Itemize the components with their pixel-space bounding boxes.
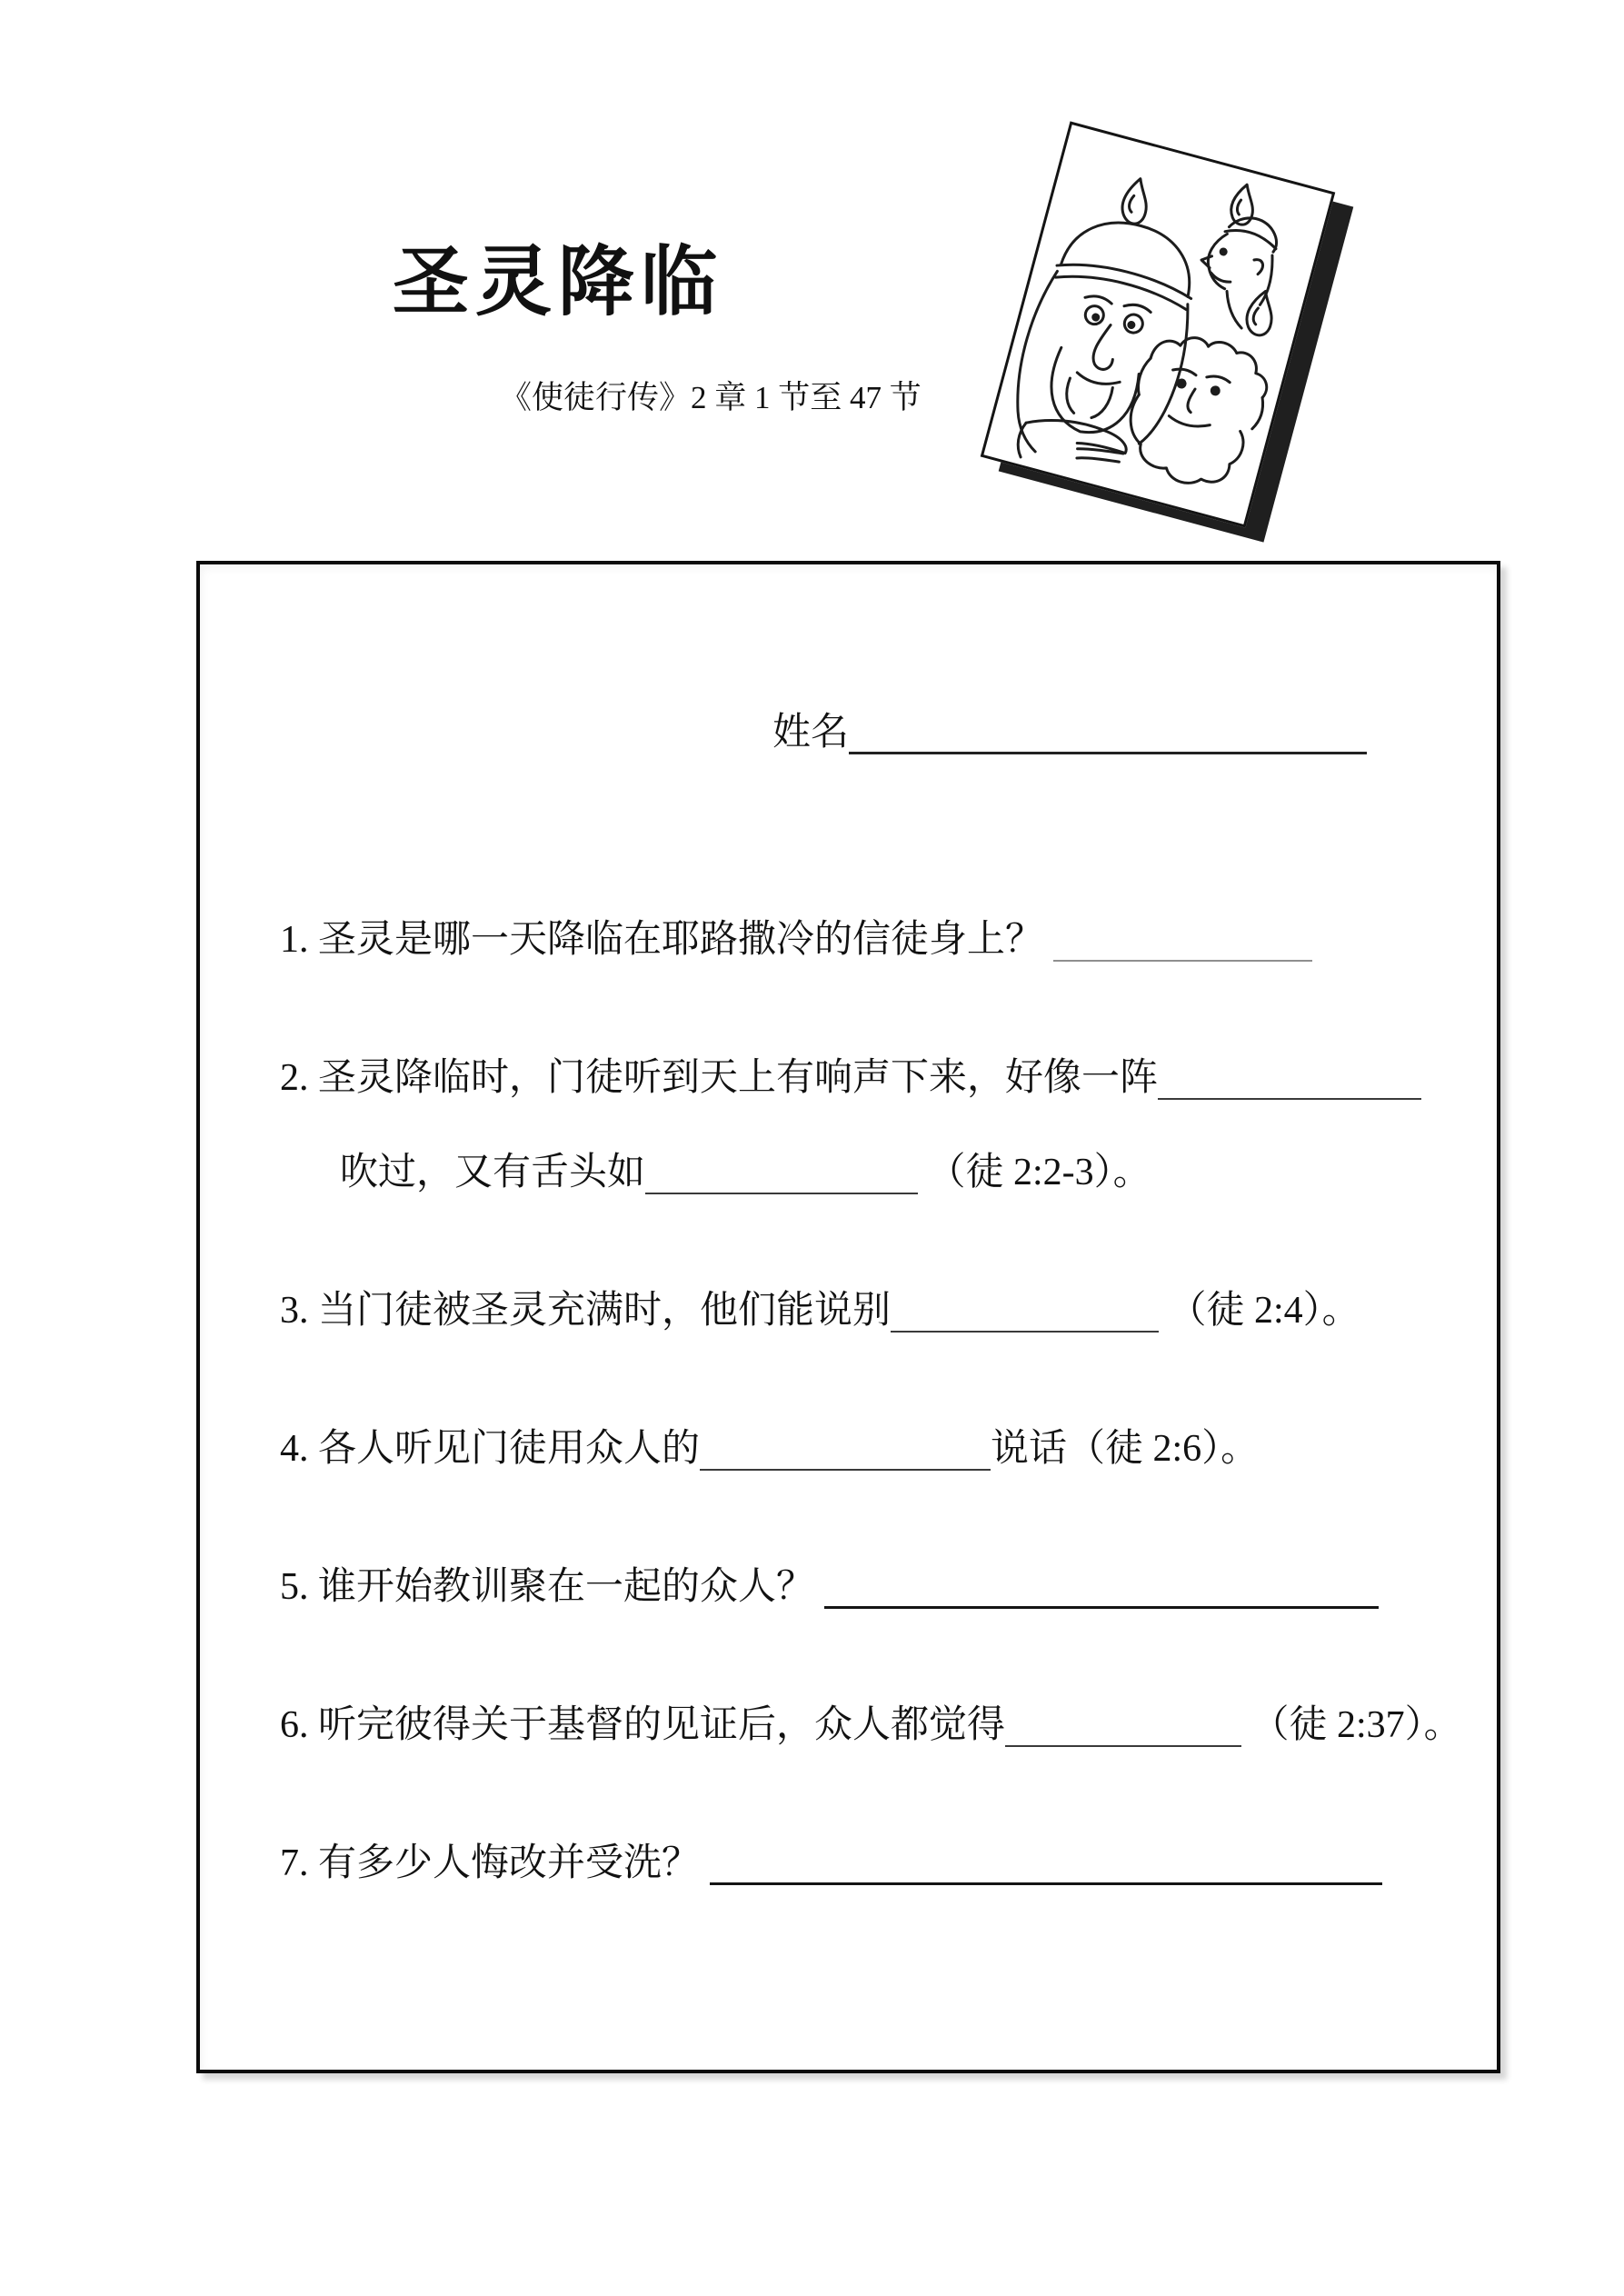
question-line: 5. 谁开始教训聚在一起的众人？ [280, 1565, 1461, 1609]
question-6: 6. 听完彼得关于基督的见证后，众人都觉得 （徒 2:37）。 [280, 1703, 1461, 1747]
question-line: 3. 当门徒被圣灵充满时，他们能说别 （徒 2:4）。 [280, 1289, 1461, 1333]
answer-blank [700, 1433, 991, 1471]
flame-icon [1243, 288, 1279, 337]
question-line: 7. 有多少人悔改并受洗？ [280, 1842, 1461, 1885]
worksheet-box: 姓名 1. 圣灵是哪一天降临在耶路撒冷的信徒身上？ 2. 圣灵降临时，门徒听到天… [196, 561, 1500, 2073]
name-blank [849, 715, 1367, 754]
name-label: 姓名 [772, 712, 849, 754]
question-line: 吹过，又有舌头如 （徒 2:2-3）。 [280, 1151, 1461, 1194]
pentecost-illustration [963, 100, 1400, 591]
question-line: 4. 各人听见门徒用众人的说话（徒 2:6）。 [280, 1427, 1461, 1471]
answer-blank [1158, 1062, 1421, 1100]
page-title: 圣灵降临 [393, 245, 723, 322]
question-7: 7. 有多少人悔改并受洗？ [280, 1842, 1461, 1885]
flame-icon [1228, 183, 1260, 227]
question-line: 1. 圣灵是哪一天降临在耶路撒冷的信徒身上？ [280, 918, 1461, 962]
question-1: 1. 圣灵是哪一天降临在耶路撒冷的信徒身上？ [280, 918, 1461, 962]
question-text: （徒 2:37）。 [1241, 1704, 1462, 1746]
question-text: 吹过，又有舌头如 [340, 1152, 645, 1193]
question-text: 3. 当门徒被圣灵充满时，他们能说别 [280, 1290, 891, 1332]
question-text: 4. 各人听见门徒用众人的 [280, 1428, 700, 1470]
question-text: （徒 2:4）。 [1159, 1290, 1360, 1332]
question-text: 1. 圣灵是哪一天降临在耶路撒冷的信徒身上？ [280, 919, 1053, 961]
question-text: 7. 有多少人悔改并受洗？ [280, 1842, 710, 1884]
page-subtitle: 《使徒行传》2 章 1 节至 47 节 [500, 382, 922, 414]
questions: 1. 圣灵是哪一天降临在耶路撒冷的信徒身上？ 2. 圣灵降临时，门徒听到天上有响… [280, 918, 1461, 1980]
question-line: 6. 听完彼得关于基督的见证后，众人都觉得 （徒 2:37）。 [280, 1703, 1461, 1747]
question-5: 5. 谁开始教训聚在一起的众人？ [280, 1565, 1461, 1609]
question-3: 3. 当门徒被圣灵充满时，他们能说别 （徒 2:4）。 [280, 1289, 1461, 1333]
question-2: 2. 圣灵降临时，门徒听到天上有响声下来，好像一阵吹过，又有舌头如 （徒 2:2… [280, 1056, 1461, 1194]
question-line: 2. 圣灵降临时，门徒听到天上有响声下来，好像一阵 [280, 1056, 1461, 1100]
answer-blank [824, 1570, 1379, 1609]
question-4: 4. 各人听见门徒用众人的说话（徒 2:6）。 [280, 1427, 1461, 1471]
question-text: （徒 2:2-3）。 [918, 1152, 1151, 1193]
answer-blank [710, 1846, 1382, 1885]
answer-blank [645, 1156, 918, 1194]
name-row: 姓名 [772, 711, 1367, 754]
man-with-bushy-beard [1116, 324, 1277, 497]
answer-blank [1053, 923, 1312, 962]
question-text: 6. 听完彼得关于基督的见证后，众人都觉得 [280, 1704, 1005, 1746]
question-text: 说话（徒 2:6）。 [991, 1428, 1259, 1470]
question-text: 2. 圣灵降临时，门徒听到天上有响声下来，好像一阵 [280, 1057, 1158, 1099]
answer-blank [891, 1294, 1159, 1333]
answer-blank [1005, 1709, 1241, 1747]
question-text: 5. 谁开始教训聚在一起的众人？ [280, 1566, 824, 1608]
flame-icon [1119, 176, 1154, 226]
